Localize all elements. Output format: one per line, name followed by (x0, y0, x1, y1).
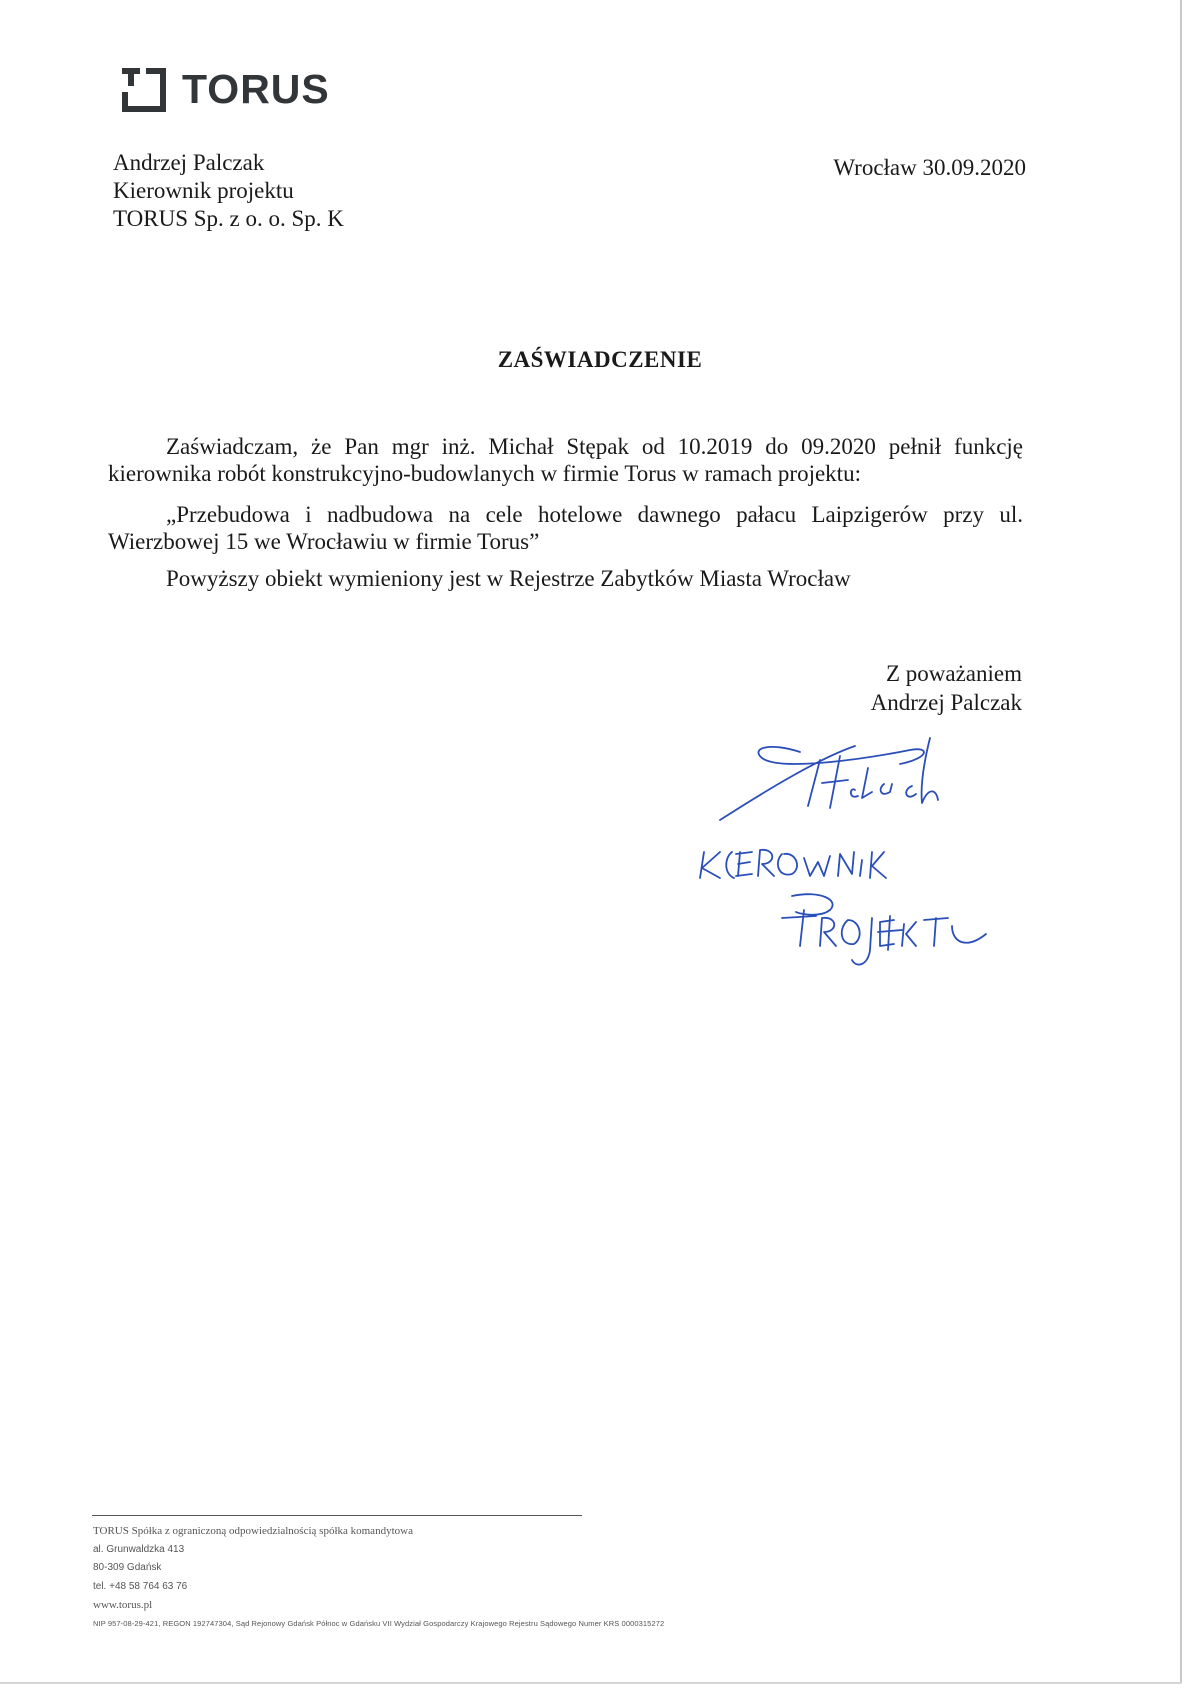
sender-company: TORUS Sp. z o. o. Sp. K (113, 205, 344, 233)
sender-block: Andrzej Palczak Kierownik projektu TORUS… (113, 149, 344, 233)
footer-city: 80-309 Gdańsk (93, 1559, 664, 1578)
footer-phone: tel. +48 58 764 63 76 (93, 1578, 664, 1597)
footer-website: www.torus.pl (93, 1596, 664, 1615)
sender-name: Andrzej Palczak (113, 149, 344, 177)
logo-text: TORUS (182, 66, 330, 113)
closing-block: Z poważaniem Andrzej Palczak (871, 659, 1022, 717)
letterhead-footer: TORUS Spółka z ograniczoną odpowiedzialn… (93, 1522, 664, 1633)
closing-name: Andrzej Palczak (871, 688, 1022, 717)
torus-bracket-logo-icon (122, 68, 166, 112)
footer-registry-info: NIP 957-08-29-421, REGON 192747304, Sąd … (93, 1615, 664, 1634)
footer-street: al. Grunwaldzka 413 (93, 1541, 664, 1560)
sender-position: Kierownik projektu (113, 177, 344, 205)
footer-company-name: TORUS Spółka z ograniczoną odpowiedzialn… (93, 1522, 664, 1541)
document-title: ZAŚWIADCZENIE (0, 347, 1200, 373)
body-paragraph-1: Zaświadczam, że Pan mgr inż. Michał Stęp… (108, 433, 1023, 487)
handwritten-signature (680, 728, 1040, 968)
footer-divider (92, 1515, 582, 1516)
page-edge-bottom (0, 1682, 1182, 1684)
closing-greeting: Z poważaniem (871, 659, 1022, 688)
body-paragraph-3: Powyższy obiekt wymieniony jest w Rejest… (108, 565, 1023, 592)
document-date: Wrocław 30.09.2020 (833, 155, 1026, 181)
company-logo: TORUS (122, 66, 330, 113)
page-edge-right (1180, 0, 1182, 1682)
body-paragraph-2: „Przebudowa i nadbudowa na cele hotelowe… (108, 501, 1023, 555)
